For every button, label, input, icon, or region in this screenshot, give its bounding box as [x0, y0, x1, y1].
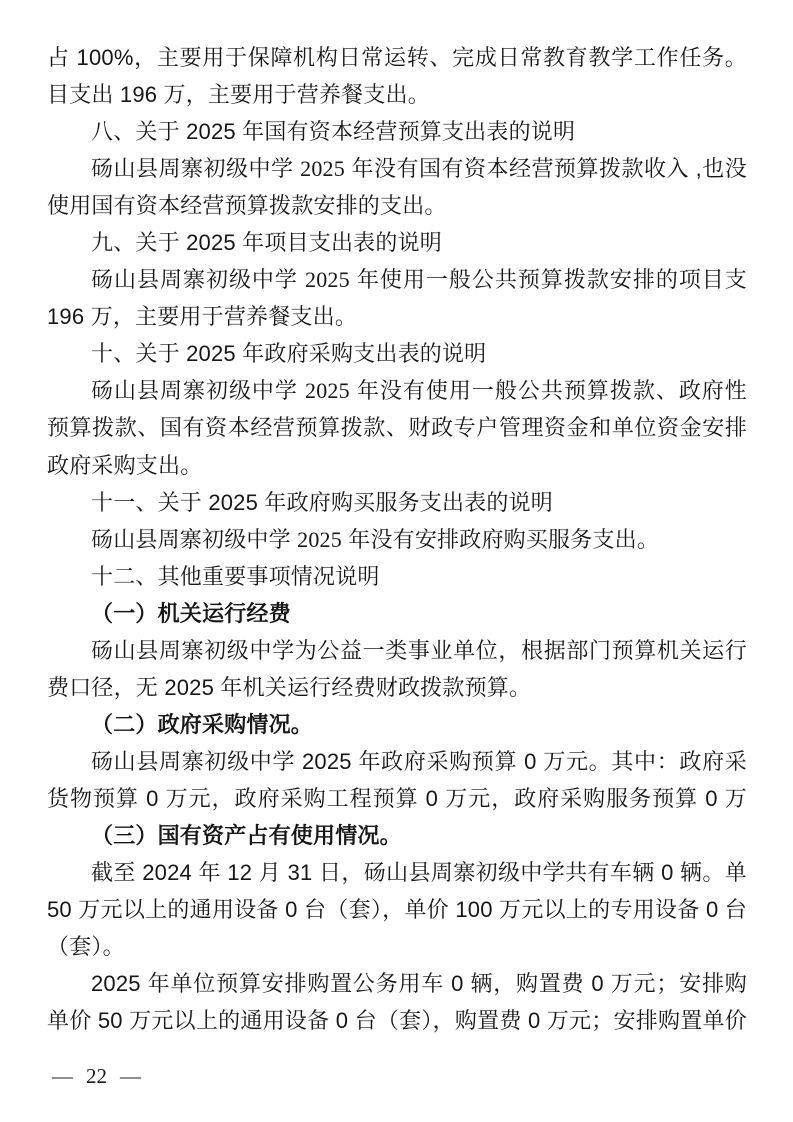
text-line: 砀山县周寨初级中学 2025 年没有使用一般公共预算拨款、政府性基金: [47, 372, 747, 409]
text-run: （一）机关运行经费: [91, 601, 291, 626]
text-run: 十一、关于 2025 年政府购买服务支出表的说明: [91, 490, 553, 515]
text-run: 预算拨款、国有资本经营预算拨款、财政专户管理资金和单位资金安排的: [47, 415, 747, 446]
text-run: 单价 50 万元以上的通用设备 0 台（套），购置费 0 万元；安排购置单价: [47, 1008, 747, 1033]
text-line: 政府采购支出。: [47, 447, 747, 484]
text-line: 八、关于 2025 年国有资本经营预算支出表的说明: [47, 113, 747, 150]
text-run: 砀山县周寨初级中学为公益一类事业单位，根据部门预算机关运行经: [91, 638, 747, 669]
text-line: 砀山县周寨初级中学为公益一类事业单位，根据部门预算机关运行经: [47, 632, 747, 669]
text-line: 货物预算 0 万元，政府采购工程预算 0 万元，政府采购服务预算 0 万元。: [47, 780, 747, 817]
text-line: 砀山县周寨初级中学 2025 年没有安排政府购买服务支出。: [47, 521, 747, 558]
text-run: （二）政府采购情况。: [91, 712, 313, 737]
section-heading-line: （三）国有资产占有使用情况。: [47, 817, 747, 854]
text-run: 目支出 196 万，主要用于营养餐支出。: [47, 82, 430, 107]
text-run: 砀山县周寨初级中学: [91, 267, 305, 292]
text-run: 八、关于 2025 年国有资本经营预算支出表的说明: [91, 119, 575, 144]
footer-right-dash: —: [120, 1064, 141, 1088]
text-line: 砀山县周寨初级中学 2025 年没有国有资本经营预算拨款收入 ,也没有: [47, 150, 747, 187]
section-heading-line: （一）机关运行经费: [47, 595, 747, 632]
text-line: 196 万，主要用于营养餐支出。: [47, 298, 747, 335]
text-run: 年没有安排政府购买服务支出。: [342, 527, 659, 552]
text-run: 政府采购支出。: [47, 453, 202, 478]
text-run: 196 万，主要用于营养餐支出。: [47, 304, 357, 329]
text-line: 十一、关于 2025 年政府购买服务支出表的说明: [47, 484, 747, 521]
text-run: 50 万元以上的通用设备 0 台（套），单价 100 万元以上的专用设备 0 台: [47, 897, 747, 922]
serif-numeral: 2025: [305, 378, 350, 403]
document-body: 占 100%，主要用于保障机构日常运转、完成日常教育教学工作任务。项目支出 19…: [47, 39, 747, 1039]
serif-numeral: 2025: [297, 527, 342, 552]
text-run: 2025 年单位预算安排购置公务用车 0 辆，购置费 0 万元；安排购置: [91, 971, 747, 1002]
footer-left-dash: —: [52, 1064, 73, 1088]
page-footer: —22—: [52, 1064, 141, 1088]
text-run: （三）国有资产占有使用情况。: [91, 823, 402, 848]
text-run: 砀山县周寨初级中学: [91, 156, 300, 181]
document-page: 占 100%，主要用于保障机构日常运转、完成日常教育教学工作任务。项目支出 19…: [0, 0, 793, 1122]
text-run: 砀山县周寨初级中学 2025 年政府采购预算 0 万元。其中：政府采购: [91, 749, 747, 780]
text-run: 十、关于 2025 年政府采购支出表的说明: [91, 341, 486, 366]
text-line: 占 100%，主要用于保障机构日常运转、完成日常教育教学工作任务。项: [47, 39, 747, 76]
text-line: 费口径，无 2025 年机关运行经费财政拨款预算。: [47, 669, 747, 706]
text-line: 单价 50 万元以上的通用设备 0 台（套），购置费 0 万元；安排购置单价: [47, 1002, 747, 1039]
text-run: 十二、其他重要事项情况说明: [91, 564, 380, 589]
text-line: 砀山县周寨初级中学 2025 年使用一般公共预算拨款安排的项目支出: [47, 261, 747, 298]
text-run: 费口径，无 2025 年机关运行经费财政拨款预算。: [47, 675, 531, 700]
text-run: 砀山县周寨初级中学: [91, 527, 297, 552]
text-run: 使用国有资本经营预算拨款安排的支出。: [47, 193, 447, 218]
text-line: 目支出 196 万，主要用于营养餐支出。: [47, 76, 747, 113]
text-run: 截至 2024 年 12 月 31 日，砀山县周寨初级中学共有车辆 0 辆。单价: [91, 860, 747, 891]
text-run: （套）。: [47, 934, 125, 959]
page-number: 22: [86, 1064, 107, 1088]
text-line: 截至 2024 年 12 月 31 日，砀山县周寨初级中学共有车辆 0 辆。单价: [47, 854, 747, 891]
text-line: 九、关于 2025 年项目支出表的说明: [47, 224, 747, 261]
text-run: 砀山县周寨初级中学: [91, 378, 305, 403]
text-line: （套）。: [47, 928, 747, 965]
text-line: 50 万元以上的通用设备 0 台（套），单价 100 万元以上的专用设备 0 台: [47, 891, 747, 928]
text-run: 货物预算 0 万元，政府采购工程预算 0 万元，政府采购服务预算 0 万元。: [47, 786, 747, 817]
section-heading-line: （二）政府采购情况。: [47, 706, 747, 743]
text-line: 十、关于 2025 年政府采购支出表的说明: [47, 335, 747, 372]
text-line: 砀山县周寨初级中学 2025 年政府采购预算 0 万元。其中：政府采购: [47, 743, 747, 780]
text-run: 占 100%，主要用于保障机构日常运转、完成日常教育教学工作任务。项: [47, 45, 747, 76]
text-line: 十二、其他重要事项情况说明: [47, 558, 747, 595]
text-run: 九、关于 2025 年项目支出表的说明: [91, 230, 442, 255]
text-line: 使用国有资本经营预算拨款安排的支出。: [47, 187, 747, 224]
serif-numeral: 2025: [305, 267, 350, 292]
serif-numeral: 2025: [300, 156, 345, 181]
text-line: 2025 年单位预算安排购置公务用车 0 辆，购置费 0 万元；安排购置: [47, 965, 747, 1002]
text-line: 预算拨款、国有资本经营预算拨款、财政专户管理资金和单位资金安排的: [47, 409, 747, 446]
